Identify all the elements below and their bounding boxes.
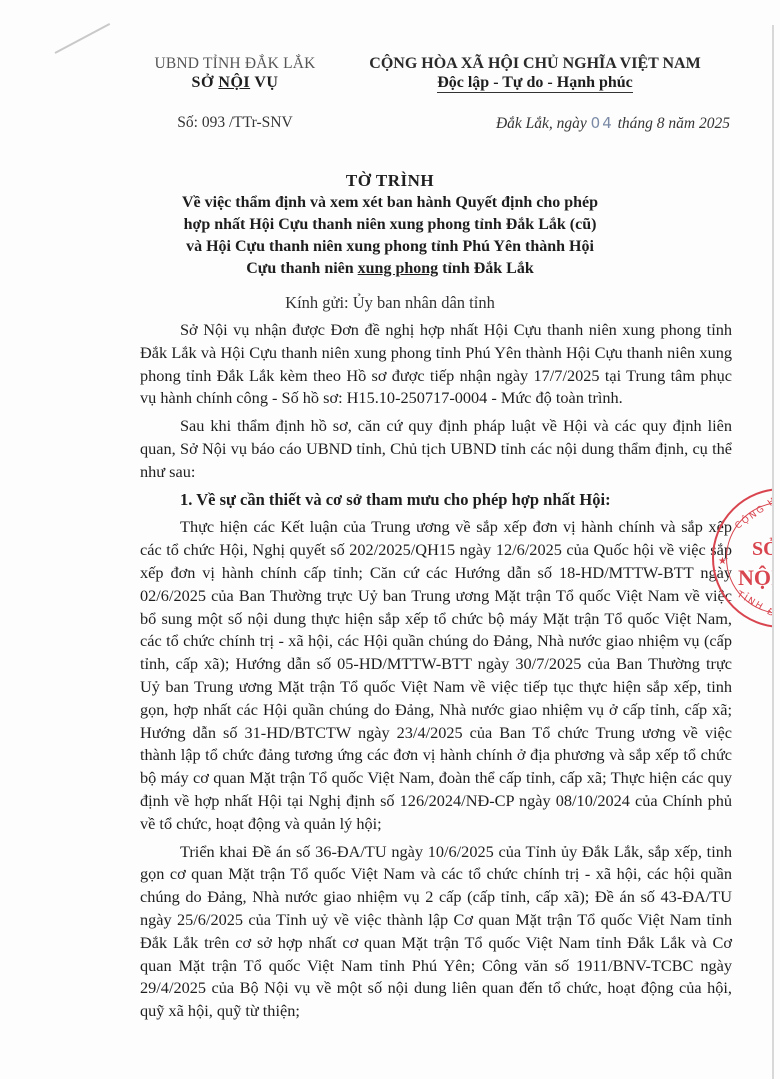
official-stamp: CỘNG HÒA X.H ★ SỞ NỘI TỈNH ĐẮ bbox=[712, 480, 772, 640]
date-line: Đắk Lắk, ngày 04 tháng 8 năm 2025 bbox=[400, 114, 730, 133]
document-number: Số: 093 /TTr-SNV bbox=[140, 114, 330, 132]
section-heading: 1. Về sự cần thiết và cơ sở tham mưu cho… bbox=[140, 489, 732, 512]
date-suffix: tháng 8 năm 2025 bbox=[614, 115, 730, 132]
star-icon: ★ bbox=[718, 556, 727, 567]
agency-name-suffix: VỤ bbox=[250, 74, 278, 91]
page-edge-divider bbox=[772, 25, 774, 1079]
paragraph: Sau khi thẩm định hồ sơ, căn cứ quy định… bbox=[140, 415, 732, 483]
document-type: TỜ TRÌNH bbox=[150, 170, 630, 192]
paragraph: Thực hiện các Kết luận của Trung ương về… bbox=[140, 516, 732, 835]
subject-line-4c: tỉnh Đắk Lắk bbox=[438, 260, 534, 277]
motto: Độc lập - Tự do - Hạnh phúc bbox=[340, 73, 730, 93]
paragraph: Triển khai Đề án số 36-ĐA/TU ngày 10/6/2… bbox=[140, 841, 732, 1023]
date-prefix: Đắk Lắk, ngày bbox=[496, 115, 591, 132]
stamp-line-2: NỘI bbox=[738, 565, 772, 591]
document-body: Sở Nội vụ nhận được Đơn đề nghị hợp nhất… bbox=[140, 319, 732, 1028]
stamp-outer-ring: CỘNG HÒA X.H ★ SỞ NỘI TỈNH ĐẮ bbox=[712, 488, 772, 628]
subject-line-1: Về việc thẩm định và xem xét ban hành Qu… bbox=[150, 192, 630, 214]
nation-title: CỘNG HÒA XÃ HỘI CHỦ NGHĨA VIỆT NAM bbox=[340, 54, 730, 73]
subject-line-4b: xung phong bbox=[358, 260, 439, 277]
title-block: TỜ TRÌNH Về việc thẩm định và xem xét ba… bbox=[150, 170, 630, 280]
issuing-agency-block: UBND TỈNH ĐẮK LẮK SỞ NỘI VỤ bbox=[140, 54, 330, 93]
stamp-line-1: SỞ bbox=[752, 538, 772, 561]
recipient: Kính gửi: Ủy ban nhân dân tỉnh bbox=[150, 293, 630, 313]
agency-name-prefix: SỞ bbox=[192, 74, 219, 91]
paragraph: Sở Nội vụ nhận được Đơn đề nghị hợp nhất… bbox=[140, 319, 732, 410]
agency-name-underlined: NỘI bbox=[218, 74, 250, 91]
pen-mark bbox=[55, 23, 111, 54]
subject-line-4: Cựu thanh niên xung phong tỉnh Đắk Lắk bbox=[150, 258, 630, 280]
subject-line-3: và Hội Cựu thanh niên xung phong tỉnh Ph… bbox=[150, 236, 630, 258]
motto-text: Độc lập - Tự do - Hạnh phúc bbox=[437, 74, 633, 93]
national-header-block: CỘNG HÒA XÃ HỘI CHỦ NGHĨA VIỆT NAM Độc l… bbox=[340, 54, 730, 93]
document-page: UBND TỈNH ĐẮK LẮK SỞ NỘI VỤ CỘNG HÒA XÃ … bbox=[0, 0, 780, 1079]
parent-agency: UBND TỈNH ĐẮK LẮK bbox=[140, 54, 330, 73]
subject-line-4a: Cựu thanh niên bbox=[246, 260, 357, 277]
agency-name: SỞ NỘI VỤ bbox=[140, 73, 330, 93]
subject-line-2: hợp nhất Hội Cựu thanh niên xung phong t… bbox=[150, 214, 630, 236]
date-day-handwritten: 04 bbox=[591, 114, 614, 132]
